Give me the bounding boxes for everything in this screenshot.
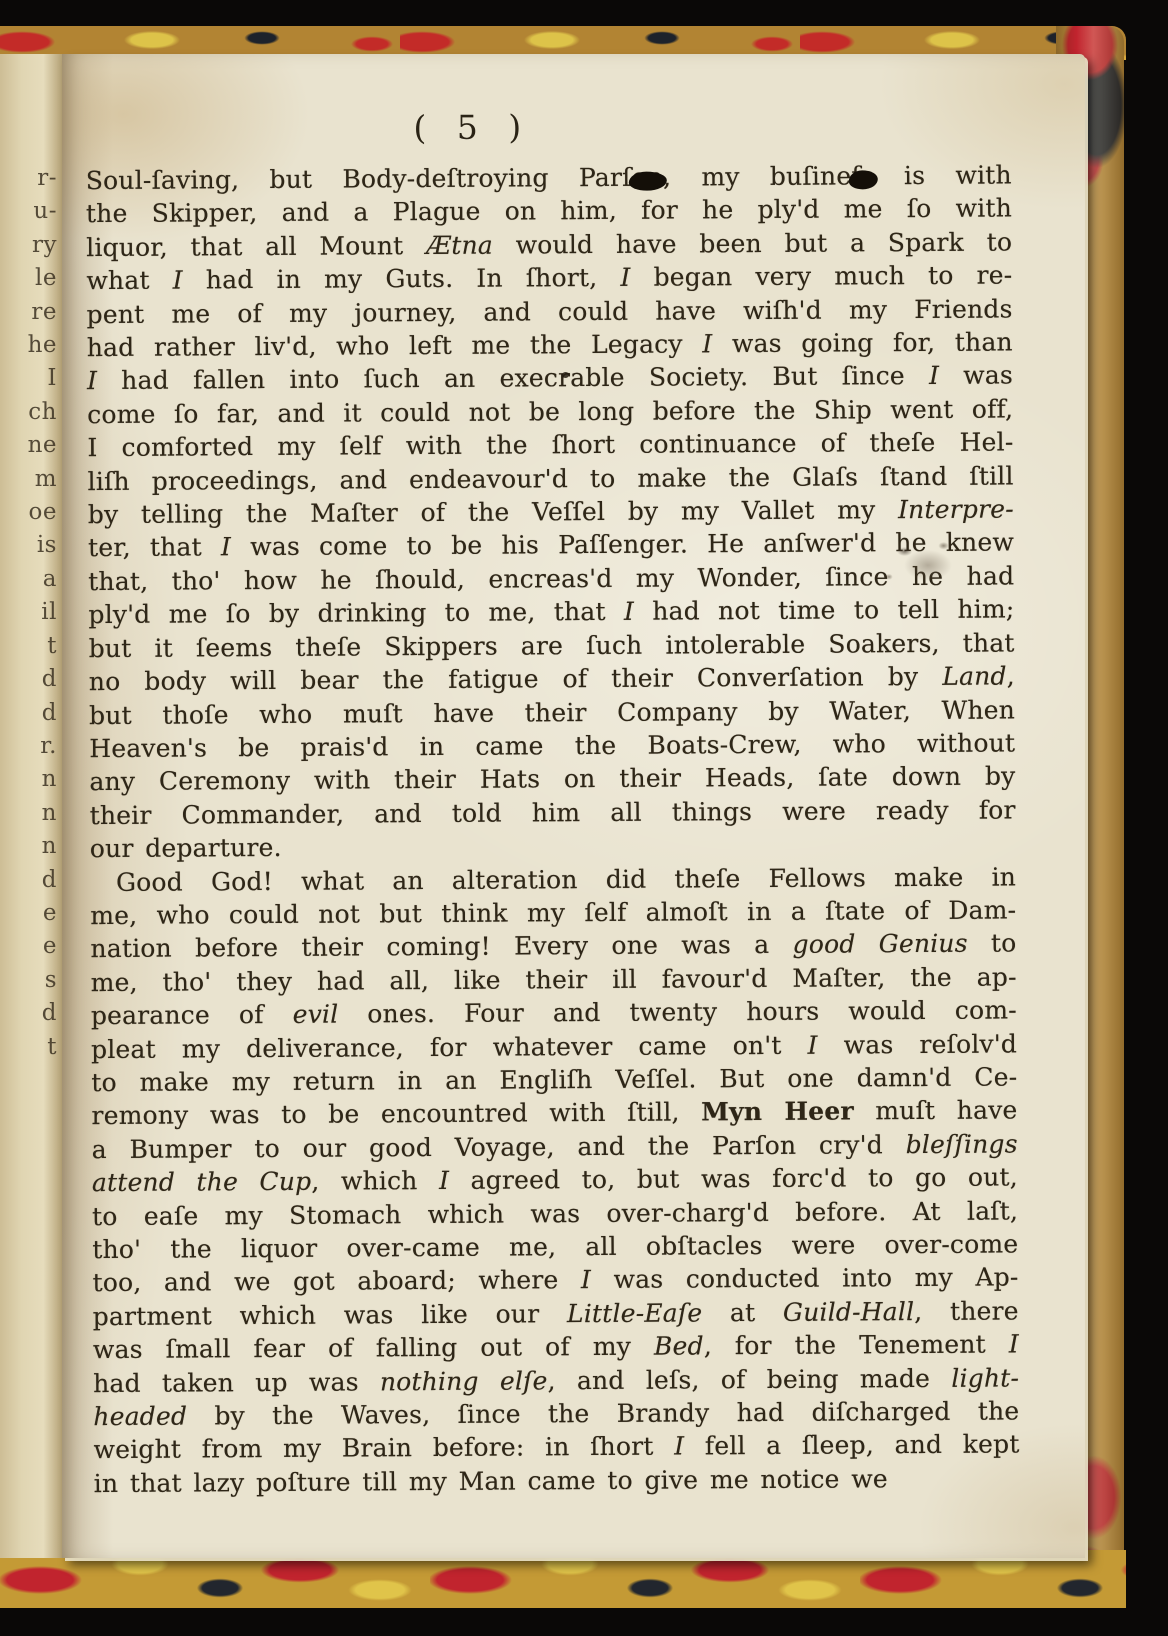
edge-fragment: n <box>5 797 57 830</box>
text-line: pent me of my journey, and could have wi… <box>87 292 1013 331</box>
styled-text: Bed <box>654 1332 704 1361</box>
previous-page-edge: r-u-rylereheIchnemoeisailtddr.nnndeesdt <box>0 54 62 1558</box>
edge-fragment: le <box>5 262 57 295</box>
styled-text: I <box>674 1432 684 1461</box>
book-page: ( 5 ) Soul-ſaving, but Body-deſtroying P… <box>62 54 1085 1558</box>
text-line: liſh proceedings, and endeavour'd to mak… <box>88 459 1014 498</box>
text-line: liquor, that all Mount Ætna would have b… <box>86 225 1012 264</box>
text-line: that, tho' how he ſhould, encreas'd my W… <box>88 559 1014 598</box>
edge-fragment: d <box>5 663 57 696</box>
page-number: ( 5 ) <box>413 107 573 147</box>
edge-fragment: e <box>5 897 57 930</box>
text-line: pearance of evil ones. Four and twenty h… <box>91 994 1017 1033</box>
text-line: nation before their coming! Every one wa… <box>90 927 1016 966</box>
styled-text: headed <box>93 1402 187 1432</box>
photo-of-book-page: r-u-rylereheIchnemoeisailtddr.nnndeesdt … <box>0 0 1168 1636</box>
edge-fragment: is <box>5 529 57 562</box>
text-line: I had fallen into ſuch an execrable Soci… <box>87 359 1013 398</box>
styled-text: I <box>87 366 97 395</box>
ink-blot: ſs <box>851 161 874 190</box>
text-line: tho' the liquor over-came me, all obſtac… <box>92 1227 1018 1266</box>
text-line: had taken up was nothing elſe, and leſs,… <box>93 1361 1019 1400</box>
text-line: to make my return in an Engliſh Veſſel. … <box>91 1060 1017 1099</box>
text-line: Heaven's be prais'd in came the Boats-Cr… <box>89 726 1015 765</box>
text-line: ply'd me ſo by drinking to me, that I ha… <box>88 593 1014 632</box>
styled-text: I <box>221 533 231 562</box>
edge-fragment: n <box>5 763 57 796</box>
edge-fragment: d <box>5 864 57 897</box>
text-line: any Ceremony with their Hats on their He… <box>89 760 1015 799</box>
styled-text: I <box>702 329 712 358</box>
styled-text: Interpre- <box>898 494 1014 524</box>
edge-fragment: d <box>5 697 57 730</box>
text-line: Soul-ſaving, but Body-deſtroying Parſon,… <box>86 158 1012 197</box>
text-line: come ſo far, and it could not be long be… <box>87 392 1013 431</box>
edge-fragment: t <box>5 1031 57 1064</box>
edge-fragment: e <box>5 930 57 963</box>
text-line: headed by the Waves, ſince the Brandy ha… <box>93 1394 1019 1433</box>
text-line: Good God! what an alteration did theſe F… <box>90 860 1016 899</box>
text-block: Soul-ſaving, but Body-deſtroying Parſon,… <box>86 158 1020 1500</box>
text-line: their Commander, and told him all things… <box>90 793 1016 832</box>
edge-fragment: oe <box>5 496 57 529</box>
text-line: what I had in my Guts. In ſhort, I began… <box>86 259 1012 298</box>
styled-text: I <box>439 1166 449 1195</box>
edge-fragment: t <box>5 630 57 663</box>
edge-fragment: a <box>5 563 57 596</box>
text-line: our departure. <box>90 827 1016 866</box>
ink-speck <box>562 372 569 378</box>
styled-text: attend the Cup <box>92 1167 312 1197</box>
text-line: no body will bear the fatigue of their C… <box>89 660 1015 699</box>
text-line: too, and we got aboard; where I was cond… <box>92 1261 1018 1300</box>
edge-fragment: he <box>5 329 57 362</box>
edge-fragment: r- <box>5 162 57 195</box>
styled-text: bleſſings <box>906 1129 1018 1159</box>
edge-fragment: s <box>5 964 57 997</box>
text-line: but thoſe who muſt have their Company by… <box>89 693 1015 732</box>
styled-text: I <box>581 1265 591 1294</box>
edge-fragment: I <box>5 362 57 395</box>
styled-text: I <box>624 597 634 626</box>
text-line: a Bumper to our good Voyage, and the Par… <box>92 1127 1018 1166</box>
ink-blot: on <box>631 163 663 192</box>
text-line: partment which was like our Little-Eaſe … <box>93 1294 1019 1333</box>
text-line: was ſmall fear of falling out of my Bed,… <box>93 1328 1019 1367</box>
left-edge-fragments: r-u-rylereheIchnemoeisailtddr.nnndeesdt <box>5 162 57 1064</box>
text-line: to eaſe my Stomach which was over-charg'… <box>92 1194 1018 1233</box>
styled-text: I <box>929 361 939 390</box>
edge-fragment: n <box>5 830 57 863</box>
styled-text: Guild-Hall <box>783 1297 914 1327</box>
text-line: remony was to be encountred with ſtill, … <box>91 1094 1017 1133</box>
text-line: by telling the Maſter of the Veſſel by m… <box>88 492 1014 531</box>
text-line: weight from my Brain before: in ſhort I … <box>93 1428 1019 1467</box>
text-line: in that lazy poſture till my Man came to… <box>94 1461 1020 1500</box>
styled-text: Myn Heer <box>701 1097 854 1127</box>
styled-text: good Genius <box>792 929 967 959</box>
styled-text: Little-Eaſe <box>567 1298 703 1328</box>
text-line: the Skipper, and a Plague on him, for he… <box>86 192 1012 231</box>
edge-fragment: r. <box>5 730 57 763</box>
styled-text: I <box>620 263 630 292</box>
text-line: attend the Cup, which I agreed to, but w… <box>92 1161 1018 1200</box>
text-line: me, tho' they had all, like their ill fa… <box>91 960 1017 999</box>
styled-text: light- <box>951 1363 1019 1392</box>
styled-text: Land <box>942 662 1007 691</box>
edge-fragment: m <box>5 463 57 496</box>
styled-text: Ætna <box>426 230 493 259</box>
text-line: ter, that I was come to be his Paſſenger… <box>88 526 1014 565</box>
styled-text: I <box>808 1030 818 1059</box>
styled-text: I <box>1009 1330 1019 1359</box>
edge-fragment: u- <box>5 195 57 228</box>
text-line: I comforted my ſelf with the ſhort conti… <box>87 426 1013 465</box>
styled-text: nothing elſe <box>380 1366 548 1396</box>
printed-area: ( 5 ) Soul-ſaving, but Body-deſtroying P… <box>61 48 1093 1558</box>
edge-fragment: ne <box>5 429 57 462</box>
edge-fragment: il <box>5 596 57 629</box>
text-line: but it ſeems theſe Skippers are ſuch int… <box>89 626 1015 665</box>
styled-text: evil <box>293 1000 339 1029</box>
marbled-cover-edge-bottom <box>0 1550 1126 1608</box>
text-line: had rather liv'd, who left me the Legacy… <box>87 325 1013 364</box>
edge-fragment: re <box>5 296 57 329</box>
text-line: pleat my deliverance, for whatever came … <box>91 1027 1017 1066</box>
edge-fragment: d <box>5 997 57 1030</box>
text-line: me, who could not but think my ſelf almo… <box>90 893 1016 932</box>
edge-fragment: ry <box>5 229 57 262</box>
edge-fragment: ch <box>5 396 57 429</box>
